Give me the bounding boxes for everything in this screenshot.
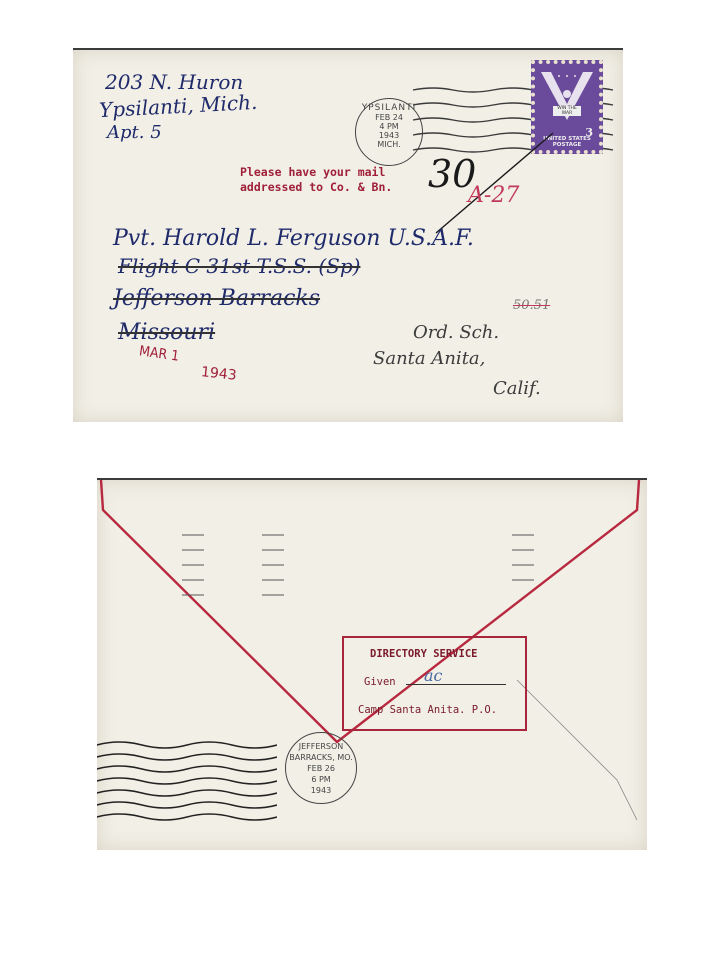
postmark-state: MICH. xyxy=(356,140,422,149)
postmark-city: YPSILANTI xyxy=(356,103,422,113)
eagle-v-icon xyxy=(535,68,599,128)
machine-cancel-lines xyxy=(97,735,277,825)
received-stamp-date: MAR 1 xyxy=(138,343,180,364)
red-pencil-mark: A-27 xyxy=(468,183,519,208)
recipient-crossed-line: Missouri xyxy=(118,320,215,345)
received-stamp-year: 1943 xyxy=(200,364,237,384)
crossed-note: 50.51 xyxy=(513,298,550,313)
forwarding-line: Santa Anita, xyxy=(373,348,485,369)
recipient-name: Pvt. Harold L. Ferguson U.S.A.F. xyxy=(113,226,474,251)
directory-given-label: Given xyxy=(364,676,396,688)
envelope-front: 203 N. Huron Ypsilanti, Mich. Apt. 5 YPS… xyxy=(73,48,623,422)
recipient-crossed-line: Flight C 31st T.S.S. (Sp) xyxy=(118,254,360,278)
directory-location: Camp Santa Anita. P.O. xyxy=(358,704,497,716)
backstamp-text: JEFFERSON BARRACKS, MO. xyxy=(286,741,356,763)
backstamp-year: 1943 xyxy=(286,785,356,796)
directory-service-stamp: DIRECTORY SERVICE Given ac Camp Santa An… xyxy=(342,636,527,731)
return-address-line: 203 N. Huron xyxy=(105,70,243,94)
recipient-crossed-line: Jefferson Barracks xyxy=(113,286,320,311)
forwarding-line: Calif. xyxy=(493,378,541,399)
stamp-motto: WIN THE WAR xyxy=(553,106,581,116)
directory-given-line xyxy=(406,684,506,685)
return-address-line: Apt. 5 xyxy=(107,122,162,143)
envelope-back: JEFFERSON BARRACKS, MO. FEB 26 6 PM 1943… xyxy=(97,478,647,850)
typed-notice-line: Please have your mail xyxy=(240,165,392,180)
return-address-line: Ypsilanti, Mich. xyxy=(98,90,257,122)
postmark-date: FEB 24 xyxy=(356,113,422,122)
typed-notice-line: addressed to Co. & Bn. xyxy=(240,180,392,195)
backstamp-date: FEB 26 xyxy=(286,763,356,774)
postmark-time: 4 PM xyxy=(356,122,422,131)
backstamp-time: 6 PM xyxy=(286,774,356,785)
postmark-year: 1943 xyxy=(356,131,422,140)
backstamp-postmark: JEFFERSON BARRACKS, MO. FEB 26 6 PM 1943 xyxy=(285,732,357,804)
forwarding-line: Ord. Sch. xyxy=(413,322,499,343)
directory-given-value: ac xyxy=(424,666,443,685)
directory-service-title: DIRECTORY SERVICE xyxy=(370,648,477,660)
postmark: YPSILANTI FEB 24 4 PM 1943 MICH. xyxy=(355,98,423,166)
typed-notice: Please have your mail addressed to Co. &… xyxy=(240,165,392,195)
